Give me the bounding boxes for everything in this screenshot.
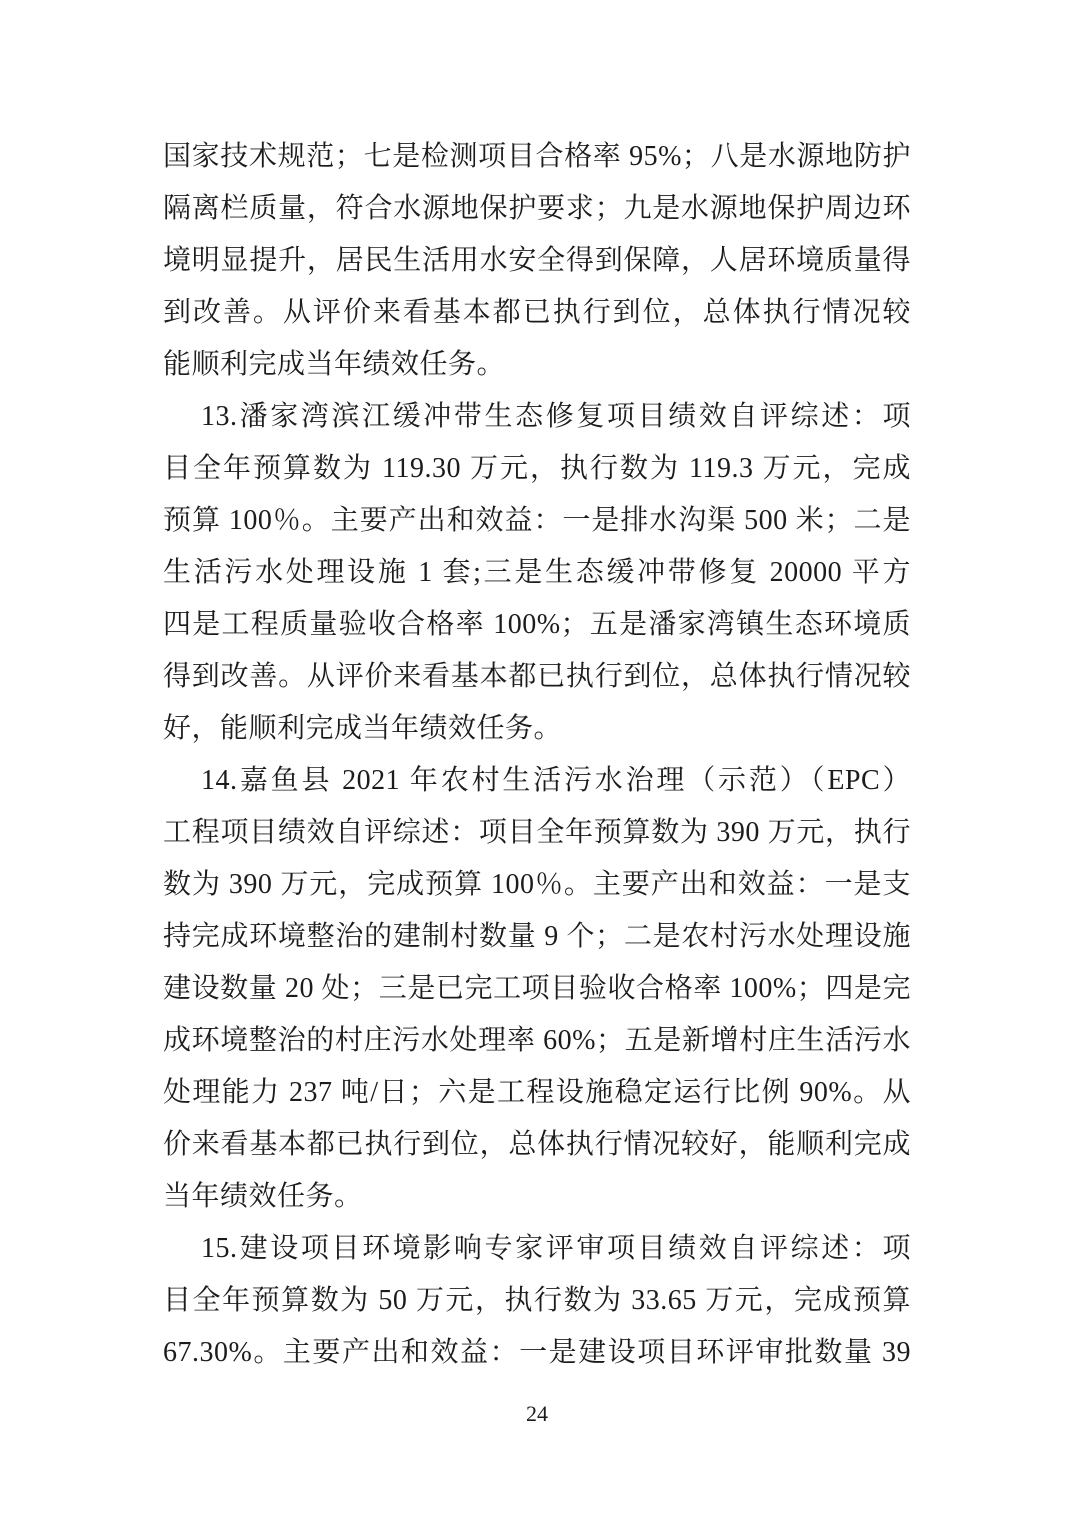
text-line: 目全年预算数为 119.30 万元，执行数为 119.3 万元，完成	[163, 443, 911, 495]
text-line: 15.建设项目环境影响专家评审项目绩效自评综述：项	[163, 1223, 911, 1275]
document-page: 国家技术规范；七是检测项目合格率 95%；八是水源地防护隔离栏质量，符合水源地保…	[0, 0, 1074, 1520]
document-body: 国家技术规范；七是检测项目合格率 95%；八是水源地防护隔离栏质量，符合水源地保…	[163, 131, 911, 1379]
text-line: 工程项目绩效自评综述：项目全年预算数为 390 万元，执行	[163, 807, 911, 859]
text-line: 14.嘉鱼县 2021 年农村生活污水治理（示范）（EPC）	[163, 755, 911, 807]
page-number: 24	[0, 1400, 1074, 1428]
text-line: 国家技术规范；七是检测项目合格率 95%；八是水源地防护	[163, 131, 911, 183]
text-line: 四是工程质量验收合格率 100%；五是潘家湾镇生态环境质量	[163, 599, 911, 651]
text-line: 好，能顺利完成当年绩效任务。	[163, 703, 911, 755]
text-line: 持完成环境整治的建制村数量 9 个；二是农村污水处理设施	[163, 911, 911, 963]
text-line: 境明显提升，居民生活用水安全得到保障，人居环境质量得	[163, 235, 911, 287]
text-line: 生活污水处理设施 1 套;三是生态缓冲带修复 20000 平方米；	[163, 547, 911, 599]
text-line: 13.潘家湾滨江缓冲带生态修复项目绩效自评综述：项	[163, 391, 911, 443]
text-line: 成环境整治的村庄污水处理率 60%；五是新增村庄生活污水	[163, 1015, 911, 1067]
text-line: 建设数量 20 处；三是已完工项目验收合格率 100%；四是完	[163, 963, 911, 1015]
text-line: 当年绩效任务。	[163, 1171, 911, 1223]
text-line: 得到改善。从评价来看基本都已执行到位，总体执行情况较	[163, 651, 911, 703]
text-line: 价来看基本都已执行到位，总体执行情况较好，能顺利完成	[163, 1119, 911, 1171]
text-line: 目全年预算数为 50 万元，执行数为 33.65 万元，完成预算	[163, 1275, 911, 1327]
text-line: 隔离栏质量，符合水源地保护要求；九是水源地保护周边环	[163, 183, 911, 235]
text-line: 能顺利完成当年绩效任务。	[163, 339, 911, 391]
text-line: 处理能力 237 吨/日；六是工程设施稳定运行比例 90%。从评	[163, 1067, 911, 1119]
text-line: 预算 100％。主要产出和效益：一是排水沟渠 500 米；二是	[163, 495, 911, 547]
text-line: 67.30%。主要产出和效益：一是建设项目环评审批数量 39	[163, 1327, 911, 1379]
text-line: 到改善。从评价来看基本都已执行到位，总体执行情况较好，	[163, 287, 911, 339]
text-line: 数为 390 万元，完成预算 100％。主要产出和效益：一是支	[163, 859, 911, 911]
